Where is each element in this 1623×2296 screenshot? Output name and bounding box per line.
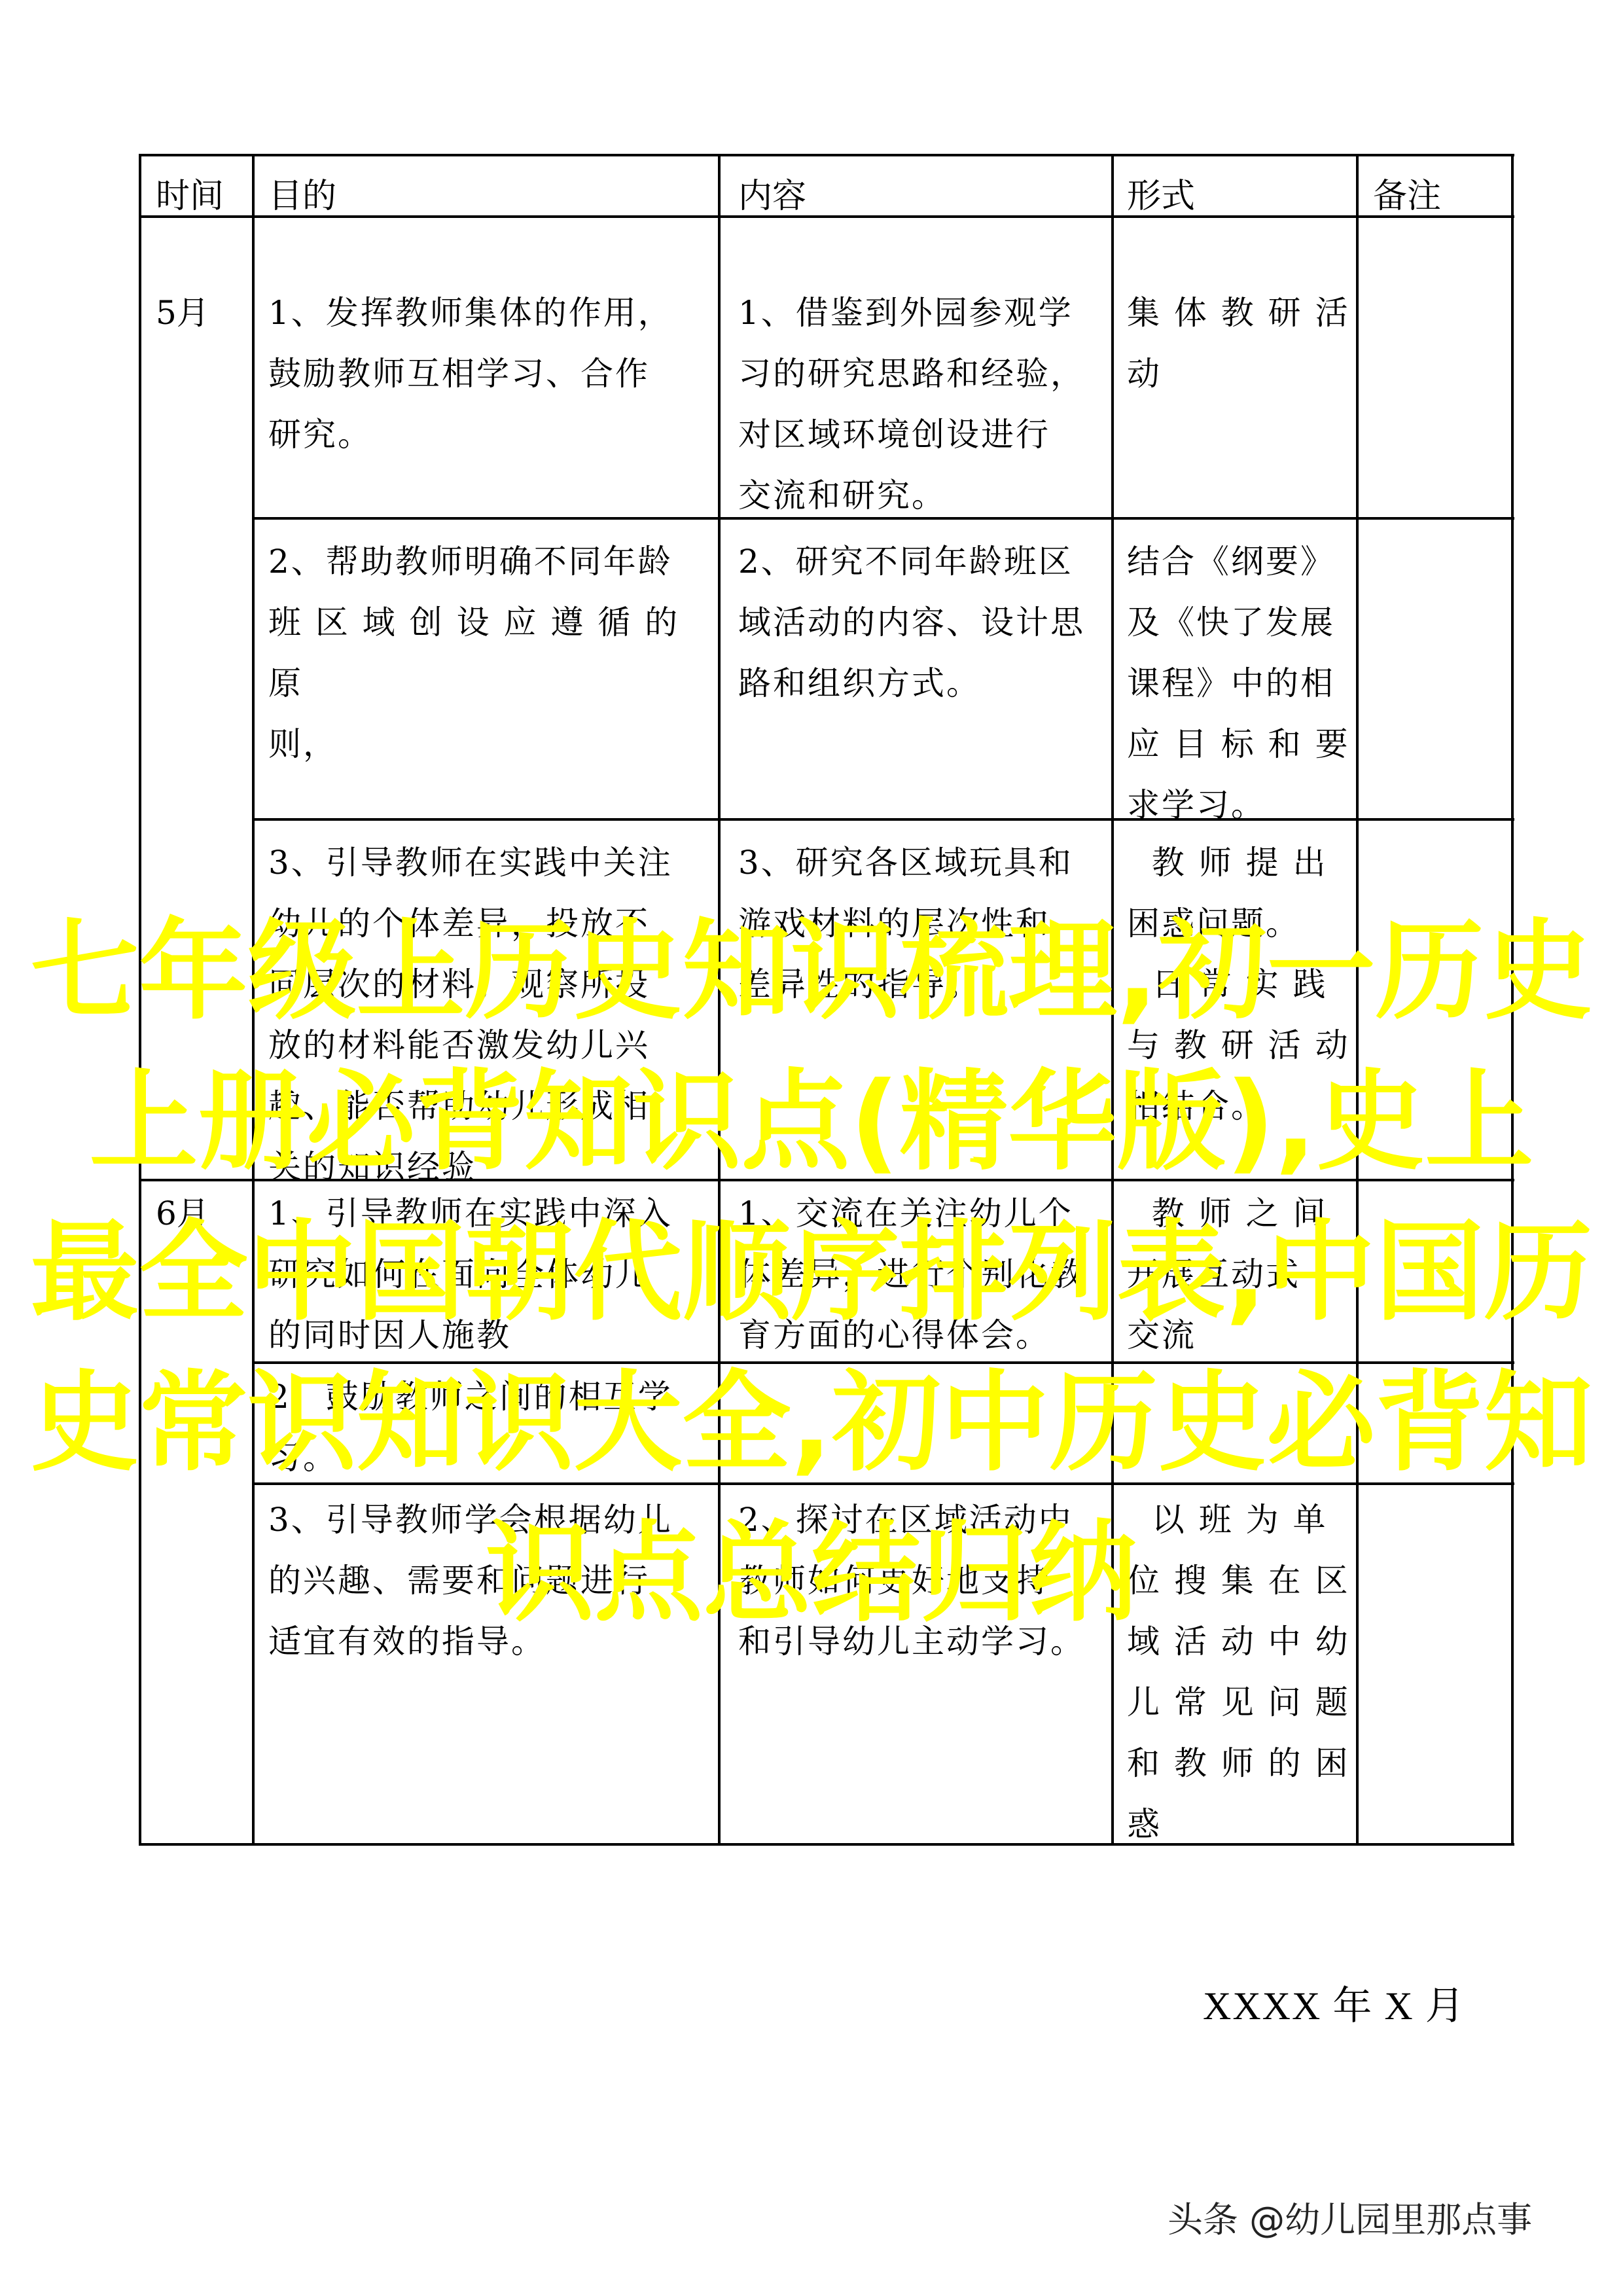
cell-form: 教 师 提 出 困惑问题。 日 常 实 践 与 教 研 活 动 相结合。 bbox=[1127, 833, 1353, 1137]
cell-content: 2、研究不同年龄班区 域活动的内容、设计思 路和组织方式。 bbox=[738, 531, 1108, 714]
column-divider bbox=[1356, 154, 1359, 1846]
document-date: XXXX 年 X 月 bbox=[1203, 1983, 1466, 2029]
header-form: 形式 bbox=[1127, 177, 1195, 216]
header-time: 时间 bbox=[156, 177, 224, 216]
header-content: 内容 bbox=[738, 177, 806, 216]
header-note: 备注 bbox=[1373, 177, 1441, 216]
column-divider bbox=[252, 154, 255, 1846]
header-purpose: 目的 bbox=[268, 177, 336, 216]
header-divider bbox=[139, 215, 1514, 218]
cell-form: 集 体 教 研 活 动 bbox=[1127, 283, 1353, 404]
cell-purpose: 1、发挥教师集体的作用， 鼓励教师互相学习、合作 研究。 bbox=[268, 283, 713, 465]
overlay-line: 史常识知识大全,初中历史必背知 bbox=[0, 1348, 1623, 1499]
cell-content: 1、借鉴到外园参观学 习的研究思路和经验， 对区域环境创设进行 交流和研究。 bbox=[738, 283, 1108, 526]
cell-content: 2、探讨在区域活动中 教师如何更好地支持 和引导幼儿主动学习。 bbox=[738, 1490, 1108, 1672]
time-label-may: 5月 bbox=[156, 283, 209, 344]
cell-form: 结合《纲要》 及《快了发展 课程》中的相 应 目 标 和 要 求学习。 bbox=[1127, 531, 1353, 836]
cell-form: 以 班 为 单 位 搜 集 在 区 域 活 动 中 幼 儿 常 见 问 题 和 … bbox=[1127, 1490, 1353, 1855]
document-page: 时间 目的 内容 形式 备注 5月 6月 1、发挥教师集体的作用， 鼓励教师互相… bbox=[0, 0, 1623, 2296]
cell-content: 1、交流在关注幼儿个 体差异，进行个别化教 育方面的心得体会。 bbox=[738, 1183, 1108, 1366]
cell-purpose: 2、帮助教师明确不同年龄 班 区 域 创 设 应 遵 循 的 原 则， bbox=[268, 531, 713, 775]
table-border-right bbox=[1511, 154, 1514, 1846]
table-border-left bbox=[139, 154, 141, 1846]
cell-purpose: 2、鼓励教师之间的相互学 习。 bbox=[268, 1367, 713, 1488]
column-divider bbox=[1111, 154, 1114, 1846]
cell-content: 3、研究各区域玩具和 游戏材料的层次性和 差异性的指导。 bbox=[738, 833, 1108, 1015]
overlay-line: 上册必背知识点(精华版),史上 bbox=[0, 1047, 1623, 1198]
cell-form: 教 师 之 间 开展互动式 交流 bbox=[1127, 1183, 1353, 1366]
column-divider bbox=[718, 154, 721, 1846]
table-border-top bbox=[139, 154, 1514, 156]
cell-purpose: 3、引导教师学会根据幼儿 的兴趣、需要和问题进行 适宜有效的指导。 bbox=[268, 1490, 713, 1672]
cell-purpose: 1、引导教师在实践中深入 研究如何在面向全体幼儿 的同时因人施教 bbox=[268, 1183, 713, 1366]
source-watermark: 头条 @幼儿园里那点事 bbox=[1168, 2199, 1532, 2241]
cell-purpose: 3、引导教师在实践中关注 幼儿的个体差异，投放不 同层次的材料；观察所投 放的材… bbox=[268, 833, 713, 1198]
time-label-june: 6月 bbox=[156, 1183, 209, 1244]
